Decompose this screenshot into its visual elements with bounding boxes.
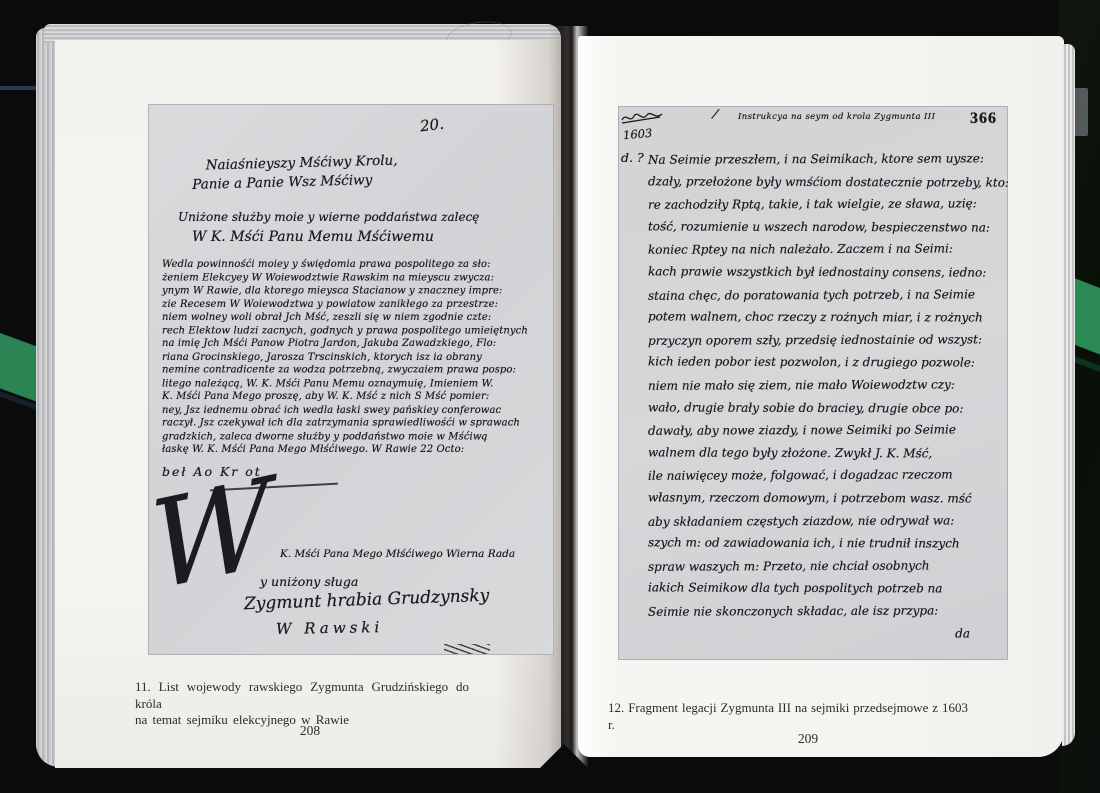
manuscript-body-paragraph: Wedla powinnośći moiey y świędomia prawa… <box>162 258 550 456</box>
margin-year-note: 1603 <box>622 126 652 142</box>
manuscript-line: K. Mśći Pana Mego proszę, aby W. K. Mść … <box>162 390 550 403</box>
manuscript-line: gradzkich, zaleca dworne służby y poddań… <box>162 430 550 443</box>
manuscript-salutation: Naiaśnieyszy Mśćiwy Krolu, Panie a Panie… <box>206 151 399 194</box>
manuscript-line: Seimie nie skonczonych składac, ale isz … <box>648 599 1004 623</box>
manuscript-line: re zachodziły Rptą, takie, i tak wielgie… <box>648 192 1004 216</box>
manuscript-line: potem walnem, choc rzeczy z rożnych miar… <box>648 306 1004 330</box>
header-mark: / <box>711 107 718 123</box>
manuscript-signature-title: W Rawski <box>276 618 384 638</box>
manuscript-line: Na Seimie przeszłem, i na Seimikach, kto… <box>648 147 1004 171</box>
manuscript-address: Uniżone służby moie y wierne poddaństwa … <box>178 207 479 247</box>
manuscript-line: staina chęc, do poratowania tych potrzeb… <box>648 283 1004 307</box>
right-figure-caption: 12. Fragment legacji Zygmunta III na sej… <box>608 700 968 733</box>
manuscript-line: iakich Seimikow dla tych pospolitych pot… <box>648 577 1004 601</box>
book-gutter <box>548 26 594 768</box>
photo-of-open-book: 20. Naiaśnieyszy Mśćiwy Krolu, Panie a P… <box>0 0 1100 793</box>
right-page-number: 209 <box>780 731 836 747</box>
manuscript-header: Instrukcya na seym od krola Zygmunta III <box>738 112 935 122</box>
left-figure-caption: 11. List wojewody rawskiego Zygmunta Gru… <box>135 679 469 729</box>
manuscript-line: ney, Jsz iednemu obrać ich wedla łaski s… <box>162 404 550 417</box>
manuscript-photo-right: 1603 d. ? / Instrukcya na seym od krola … <box>618 106 1008 660</box>
manuscript-line: przyczyn oporem szły, przedsię iednostai… <box>648 328 1004 352</box>
manuscript-line: ynym W Rawie, dla ktorego mieysca Stacia… <box>162 284 550 297</box>
manuscript-line: dzały, przełożone były wmśćiom dostatecz… <box>648 170 1004 194</box>
manuscript-photo-left: 20. Naiaśnieyszy Mśćiwy Krolu, Panie a P… <box>148 104 554 655</box>
manuscript-line: riana Grocinskiego, Jarosza Trscinskich,… <box>162 351 550 364</box>
book-gutter-bottom-notch <box>538 744 590 770</box>
folio-number: 366 <box>970 110 997 128</box>
manuscript-line: dawały, aby nowe ziazdy, i nowe Seimiki … <box>648 418 1004 442</box>
manuscript-line: na imię Jch Mśći Panow Piotra Jardon, Ja… <box>162 337 550 350</box>
margin-letter-note: d. ? <box>621 150 644 165</box>
manuscript-line: aby składaniem częstych ziazdow, nie odr… <box>648 509 1004 533</box>
manuscript-line: ile naiwięcey może, folgować, i dogadzac… <box>648 464 1004 488</box>
salutation-line: Panie a Panie Wsz Mśćiwy <box>192 170 398 194</box>
manuscript-line: żeniem Elekcyey W Woiewodztwie Rawskim n… <box>162 271 550 284</box>
manuscript-line: szych m: od zawiadowania ich, i nie trud… <box>648 531 1004 555</box>
manuscript-line: rech Elektow ludzi zacnych, godnych y pr… <box>162 324 550 337</box>
manuscript-line: niem nie mało się ziem, nie mało Woiewod… <box>648 373 1004 397</box>
manuscript-line: zie Recesem W Woiewodztwa y powiatow zan… <box>162 298 550 311</box>
manuscript-line: własnym, rzeczom domowym, i potrzebom wa… <box>648 486 1004 510</box>
manuscript-line: raczył. Jsz czekywał ich dla zatrzymania… <box>162 417 550 430</box>
manuscript-line: łaskę W. K. Mśći Pana Mego Młśćiwego. W … <box>162 443 550 456</box>
manuscript-line: koniec Rptey na nich należało. Zaczem i … <box>648 238 1004 262</box>
manuscript-line: wało, drugie brały sobie do braciey, dru… <box>648 396 1004 420</box>
manuscript-line: litego należącą, W. K. Mśći Panu Memu oz… <box>162 377 550 390</box>
background-blue-line <box>0 86 40 90</box>
manuscript-line: da <box>648 622 1004 646</box>
manuscript-body-paragraph: Na Seimie przeszłem, i na Seimikach, kto… <box>648 148 1004 645</box>
caption-line: 11. List wojewody rawskiego Zygmunta Gru… <box>135 679 469 712</box>
manuscript-line: tość, rozumienie u wszech narodow, bespi… <box>648 215 1004 239</box>
manuscript-line: walnem dla tego były złożone. Zwykł J. K… <box>648 441 1004 465</box>
manuscript-line: niem wolney woli obrał Jch Mść, zeszli s… <box>162 311 550 324</box>
address-line: W K. Mśći Panu Memu Mśćiwemu <box>192 227 479 247</box>
manuscript-signature: Zygmunt hrabia Grudzynsky <box>244 586 490 615</box>
signature-flourish-dashes <box>444 644 490 654</box>
left-page-number: 208 <box>282 723 338 739</box>
manuscript-line: spraw waszych m: Przeto, nie chciał osob… <box>648 554 1004 578</box>
manuscript-line: kich ieden pobor iest pozwolon, i z drug… <box>648 351 1004 375</box>
book-right-page-stack-edge <box>1062 44 1075 746</box>
manuscript-closing-line: K. Mśći Pana Mego Młśćiwego Wierna Rada <box>280 548 515 560</box>
manuscript-corner-number: 20. <box>419 115 445 136</box>
manuscript-line: nemine contradicente za wodza potrzebną,… <box>162 364 550 377</box>
address-line: Uniżone służby moie y wierne poddaństwa … <box>178 207 479 227</box>
manuscript-line: Wedla powinnośći moiey y świędomia prawa… <box>162 258 550 271</box>
manuscript-closing-line: y uniżony sługa <box>260 574 358 589</box>
margin-scribble <box>620 108 664 128</box>
manuscript-initial-flourish: W <box>147 463 276 610</box>
manuscript-line: kach prawie wszystkich był iednostainy c… <box>648 260 1004 284</box>
